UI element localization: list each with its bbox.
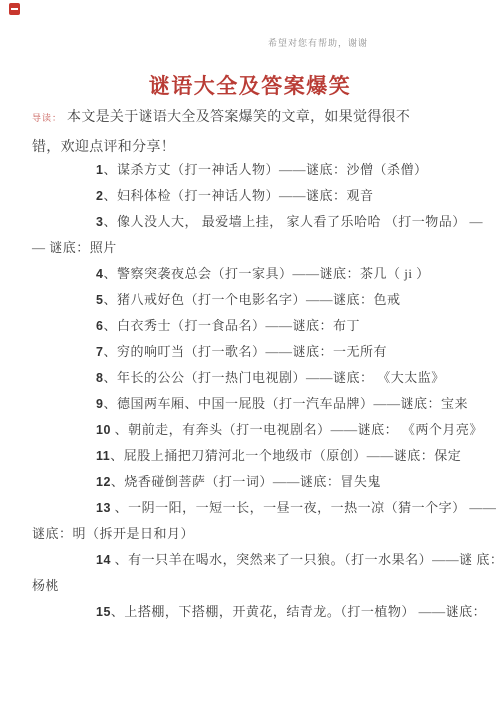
riddle-item-5: 5、猪八戒好色（打一个电影名字）——谜底：色戒 [32, 287, 472, 313]
riddle-item-3: 3、像人没人大， 最爱墙上挂， 家人看了乐哈哈 （打一物品） — [32, 209, 472, 235]
riddle-item-4: 4、警察突袭夜总会（打一家具）——谜底：茶几（ ji ） [32, 261, 472, 287]
riddle-item-10: 10 、朝前走，有奔头（打一电视剧名）——谜底： 《两个月亮》 [32, 417, 472, 443]
riddle-item-15: 15、上搭棚，下搭棚，开黄花，结青龙。（打一植物） ——谜底： [32, 599, 472, 625]
riddle-number: 11 [96, 449, 110, 463]
riddle-item-6: 6、白衣秀士（打一食品名）——谜底：布丁 [32, 313, 472, 339]
riddle-number: 2 [96, 189, 103, 203]
riddle-number: 13 [96, 501, 111, 515]
riddle-item-14: 14 、有一只羊在喝水，突然来了一只狼。（打一水果名）——谜 底： [32, 547, 472, 573]
document-page: 希望对您有帮助，谢谢 谜语大全及答案爆笑 导读：本文是关于谜语大全及答案爆笑的文… [0, 0, 500, 708]
riddle-list: 1、谋杀方丈（打一神话人物）——谜底：沙僧（杀僧）2、妇科体检（打一神话人物）—… [32, 157, 472, 625]
riddle-item-13-continuation: 谜底：明（拆开是日和月） [32, 521, 472, 547]
riddle-item-2: 2、妇科体检（打一神话人物）——谜底：观音 [32, 183, 472, 209]
header-note: 希望对您有帮助，谢谢 [268, 36, 368, 49]
riddle-item-7: 7、穷的响叮当（打一歌名）——谜底：一无所有 [32, 339, 472, 365]
riddle-number: 8 [96, 371, 103, 385]
riddle-number: 4 [96, 267, 103, 281]
intro-line-1: 导读：本文是关于谜语大全及答案爆笑的文章，如果觉得很不 [32, 103, 472, 133]
riddle-number: 1 [96, 163, 103, 177]
riddle-number: 3 [96, 215, 103, 229]
riddle-number: 6 [96, 319, 103, 333]
document-logo-icon [9, 3, 20, 15]
riddle-item-8: 8、年长的公公（打一热门电视剧）——谜底： 《大太监》 [32, 365, 472, 391]
riddle-item-12: 12、烧香碰倒菩萨（打一词）——谜底：冒失鬼 [32, 469, 472, 495]
riddle-item-13: 13 、一阴一阳，一短一长，一昼一夜，一热一凉（猜一个字） —— [32, 495, 472, 521]
intro-label: 导读： [32, 113, 62, 123]
riddle-item-1: 1、谋杀方丈（打一神话人物）——谜底：沙僧（杀僧） [32, 157, 472, 183]
riddle-item-11: 11、屁股上捅把刀猜河北一个地级市（原创）——谜底：保定 [32, 443, 472, 469]
riddle-number: 7 [96, 345, 103, 359]
intro-text-line-1: 本文是关于谜语大全及答案爆笑的文章，如果觉得很不 [67, 110, 410, 125]
page-title: 谜语大全及答案爆笑 [0, 70, 500, 100]
riddle-number: 12 [96, 475, 111, 489]
riddle-item-9: 9、德国两车厢、中国一屁股（打一汽车品牌）——谜底：宝来 [32, 391, 472, 417]
riddle-item-3-continuation: — 谜底：照片 [32, 235, 472, 261]
riddle-item-14-continuation: 杨桃 [32, 573, 472, 599]
riddle-number: 14 [96, 553, 111, 567]
riddle-number: 5 [96, 293, 103, 307]
riddle-number: 15 [96, 605, 111, 619]
riddle-number: 10 [96, 423, 111, 437]
riddle-number: 9 [96, 397, 103, 411]
intro-paragraph: 导读：本文是关于谜语大全及答案爆笑的文章，如果觉得很不 错，欢迎点评和分享！ [32, 103, 472, 163]
logo-bar-shape [11, 8, 18, 10]
